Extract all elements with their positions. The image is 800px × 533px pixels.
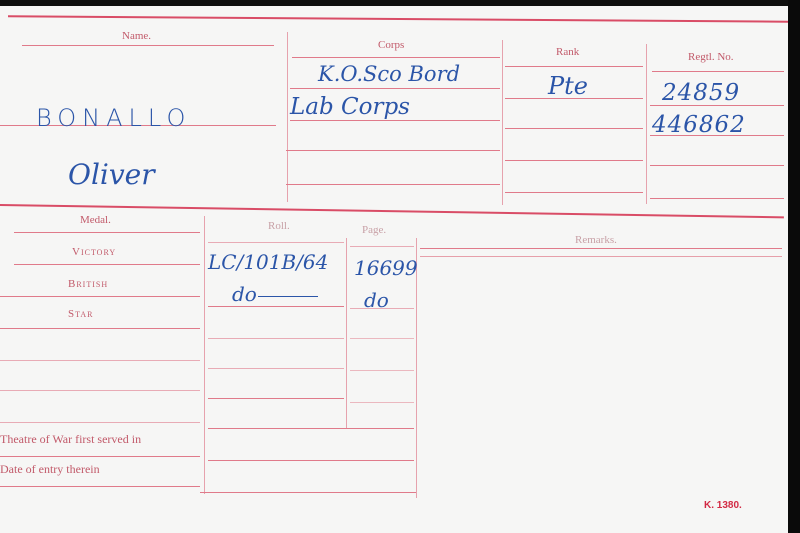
date-entry-label: Date of entry therein <box>0 462 100 477</box>
rule <box>0 456 200 457</box>
rule <box>22 45 274 46</box>
divider-roll-page <box>346 238 347 428</box>
header-corps: Corps <box>378 39 404 51</box>
rule <box>208 428 414 429</box>
rule <box>652 71 784 72</box>
medal-star-label: Star <box>68 308 93 320</box>
rank-entry: Pte <box>548 72 588 100</box>
divider-corps-rank <box>502 40 503 205</box>
header-remarks: Remarks. <box>575 234 617 246</box>
rule <box>650 198 784 199</box>
top-rule <box>8 15 788 22</box>
remarks-rule <box>420 256 782 257</box>
victory-page-entry: 16699 <box>354 256 418 280</box>
medal-victory-label: Victory <box>72 246 116 258</box>
rule <box>350 246 414 247</box>
rule <box>208 368 344 369</box>
rule <box>290 88 500 89</box>
rule <box>350 370 414 371</box>
divider-medal-roll <box>204 216 205 494</box>
middle-rule <box>0 204 784 218</box>
rule <box>505 192 643 193</box>
medal-index-card: Name. Corps Rank Regtl. No. BONALLO Oliv… <box>0 6 788 533</box>
header-regtl-no: Regtl. No. <box>688 51 734 63</box>
ditto-dash <box>258 296 318 297</box>
rule <box>208 338 344 339</box>
divider-name-corps <box>287 32 288 202</box>
rule <box>208 460 414 461</box>
rule <box>14 264 200 265</box>
rule <box>286 184 500 185</box>
rule <box>0 390 200 391</box>
rule <box>505 128 643 129</box>
rule <box>0 486 200 487</box>
rule <box>350 402 414 403</box>
rule <box>350 338 414 339</box>
corps-entry-1: K.O.Sco Bord <box>318 62 460 86</box>
theatre-label: Theatre of War first served in <box>0 432 141 447</box>
header-rank: Rank <box>556 46 579 58</box>
regtl-no-entry-2: 446862 <box>652 112 746 138</box>
rule <box>350 308 414 309</box>
rule <box>208 242 344 243</box>
surname-entry: BONALLO <box>36 104 191 132</box>
medal-british-label: British <box>68 278 108 290</box>
form-code: K. 1380. <box>704 500 742 511</box>
british-roll-entry: do <box>232 282 257 306</box>
forename-entry: Oliver <box>68 158 155 191</box>
header-page: Page. <box>362 224 386 236</box>
rule <box>0 360 200 361</box>
rule <box>505 66 643 67</box>
rule <box>505 160 643 161</box>
rule <box>292 57 500 58</box>
regtl-no-entry-1: 24859 <box>662 80 740 106</box>
rule <box>208 306 344 307</box>
corps-entry-2: Lab Corps <box>290 94 410 120</box>
rule <box>0 328 200 329</box>
rule <box>290 120 500 121</box>
rule <box>0 296 200 297</box>
rule <box>0 422 200 423</box>
header-name: Name. <box>122 30 151 42</box>
rule <box>200 492 416 493</box>
rule <box>650 165 784 166</box>
header-medal: Medal. <box>80 214 111 226</box>
scan-border-right <box>788 0 800 533</box>
header-roll: Roll. <box>268 220 290 232</box>
rule <box>286 150 500 151</box>
rule <box>208 398 344 399</box>
victory-roll-entry: LC/101B/64 <box>208 250 328 274</box>
divider-rank-regt <box>646 44 647 204</box>
remarks-rule <box>420 248 782 249</box>
rule <box>14 232 200 233</box>
